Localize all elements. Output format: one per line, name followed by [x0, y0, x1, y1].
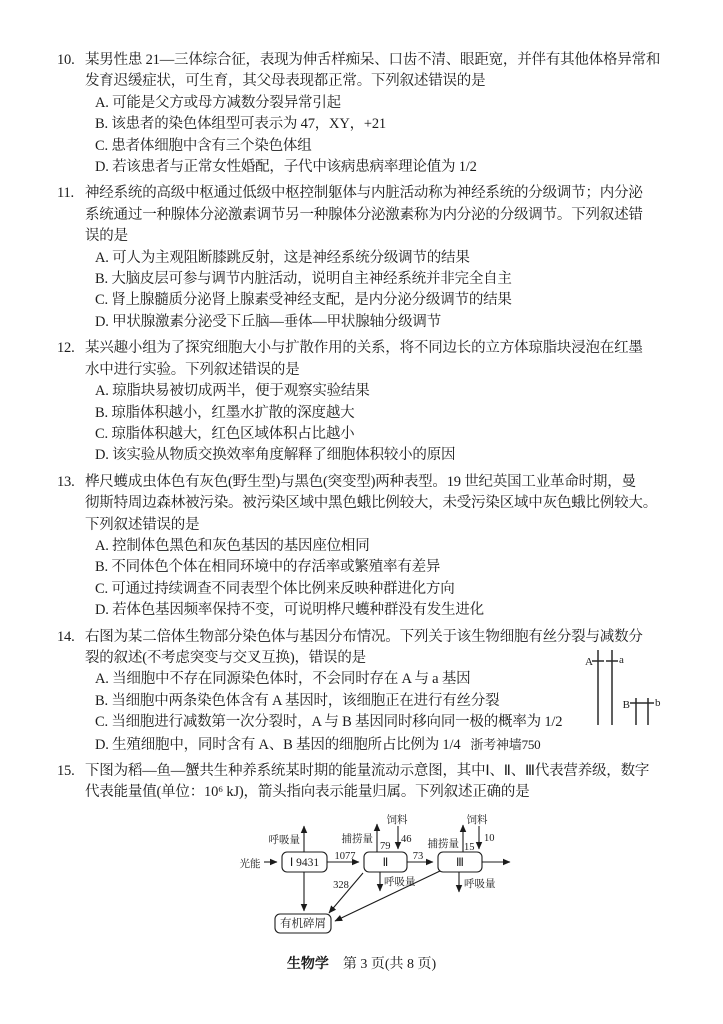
allele-label-b: b	[655, 697, 661, 709]
option-b: B. 大脑皮层可参与调节内脏活动，说明自主神经系统并非完全自主	[57, 269, 675, 290]
option-d: D. 生殖细胞中，同时含有 A、B 基因的细胞所占比例为 1/4浙考神墙750	[57, 734, 675, 756]
stem-text: 神经系统的高级中枢通过低级中枢控制躯体与内脏活动称为神经系统的分级调节；内分泌	[85, 185, 643, 201]
harvest-3-value: 15	[464, 842, 475, 853]
option-a: A. 控制体色黑色和灰色基因的基因座位相同	[57, 536, 675, 557]
harvest-3-label: 捕捞量	[428, 837, 460, 850]
stem-line: 水中进行实验。下列叙述错误的是	[57, 360, 675, 381]
node-1-label: Ⅰ 9431	[290, 857, 320, 869]
option-d: D. 若体色基因频率保持不变，可说明桦尺蠖种群没有发生进化	[57, 600, 675, 621]
stem-line: 12.某兴趣小组为了探究细胞大小与扩散作用的关系，将不同边长的立方体琼脂块浸泡在…	[57, 338, 675, 359]
option-b: B. 琼脂体积越小，红墨水扩散的深度越大	[57, 403, 675, 424]
question-15: 15.下图为稻—鱼—蟹共生种养系统某时期的能量流动示意图，其中Ⅰ、Ⅱ、Ⅲ代表营养…	[57, 761, 675, 804]
node-2-label: Ⅱ	[383, 857, 389, 869]
harvest-2-label: 捕捞量	[342, 832, 374, 845]
stem-line: 误的是	[57, 226, 675, 247]
stem-line: 10.某男性患 21—三体综合征，表现为伸舌样痴呆、口齿不清、眼距宽，并伴有其他…	[57, 50, 675, 71]
exam-page: 10.某男性患 21—三体综合征，表现为伸舌样痴呆、口齿不清、眼距宽，并伴有其他…	[0, 0, 723, 1024]
chromosome-figure: A a B b	[578, 646, 668, 731]
watermark: 浙考神墙750	[470, 737, 540, 752]
question-number: 11.	[57, 183, 85, 204]
footer-page-info: 第 3 页(共 8 页)	[343, 957, 436, 972]
stem-line: 13.桦尺蠖成虫体色有灰色(野生型)与黑色(突变型)两种表型。19 世纪英国工业…	[57, 472, 675, 493]
footer-subject: 生物学	[287, 957, 329, 972]
light-energy-label: 光能	[240, 857, 261, 870]
page-footer: 生物学第 3 页(共 8 页)	[0, 953, 723, 973]
respiration-3-label: 呼吸量	[464, 878, 496, 890]
stem-line: 15.下图为稻—鱼—蟹共生种养系统某时期的能量流动示意图，其中Ⅰ、Ⅱ、Ⅲ代表营养…	[57, 761, 675, 782]
allele-label-A: A	[585, 656, 593, 668]
stem-line: 11.神经系统的高级中枢通过低级中枢控制躯体与内脏活动称为神经系统的分级调节；内…	[57, 183, 675, 204]
question-number: 12.	[57, 338, 85, 359]
flow-2-3-value: 73	[413, 851, 424, 862]
stem-line: 下列叙述错误的是	[57, 515, 675, 536]
feed-2-value: 46	[401, 834, 412, 845]
option-c: C. 患者体细胞中含有三个染色体组	[57, 136, 675, 157]
stem-text: 某男性患 21—三体综合征，表现为伸舌样痴呆、口齿不清、眼距宽，并伴有其他体格异…	[85, 52, 660, 68]
option-d: D. 若该患者与正常女性婚配，子代中该病患病率理论值为 1/2	[57, 157, 675, 178]
harvest-2-value: 79	[380, 841, 391, 852]
respiration-1-label: 呼吸量	[269, 834, 301, 846]
option-c: C. 琼脂体积越大，红色区域体积占比越小	[57, 424, 675, 445]
option-d: D. 该实验从物质交换效率角度解释了细胞体积较小的原因	[57, 445, 675, 466]
stem-text: 某兴趣小组为了探究细胞大小与扩散作用的关系，将不同边长的立方体琼脂块浸泡在红墨	[85, 340, 643, 356]
debris-flow-2-value: 328	[333, 880, 349, 891]
stem-line: 代表能量值(单位：10⁶ kJ)，箭头指向表示能量归属。下列叙述正确的是	[57, 782, 675, 803]
option-d: D. 甲状腺激素分泌受下丘脑—垂体—甲状腺轴分级调节	[57, 312, 675, 333]
debris-label: 有机碎屑	[280, 916, 326, 930]
stem-text: 下图为稻—鱼—蟹共生种养系统某时期的能量流动示意图，其中Ⅰ、Ⅱ、Ⅲ代表营养级，数…	[85, 763, 649, 779]
option-c: C. 可通过持续调查不同表型个体比例来反映种群进化方向	[57, 579, 675, 600]
energy-flow-diagram: 光能 Ⅰ 9431 Ⅱ Ⅲ 有机碎屑 呼吸量 捕捞量 79 饲料 46 捕捞量 …	[160, 810, 520, 955]
respiration-2-label: 呼吸量	[384, 876, 416, 888]
stem-line: 14.右图为某二倍体生物部分染色体与基因分布情况。下列关于该生物细胞有丝分裂与减…	[57, 627, 675, 648]
chromosome-svg: A a B b	[578, 646, 668, 731]
stem-line: 彻斯特周边森林被污染。被污染区域中黑色蛾比例较大，未受污染区域中灰色蛾比例较大。	[57, 493, 675, 514]
allele-label-B: B	[623, 699, 630, 711]
stem-text: 桦尺蠖成虫体色有灰色(野生型)与黑色(突变型)两种表型。19 世纪英国工业革命时…	[85, 474, 636, 490]
option-d-text: D. 生殖细胞中，同时含有 A、B 基因的细胞所占比例为 1/4	[95, 737, 460, 753]
option-a: A. 可人为主观阻断膝跳反射，这是神经系统分级调节的结果	[57, 248, 675, 269]
arrow-2-to-debris	[329, 873, 363, 913]
flow-1-2-value: 1077	[335, 851, 356, 862]
option-c: C. 肾上腺髓质分泌肾上腺素受神经支配，是内分泌分级调节的结果	[57, 290, 675, 311]
node-3-label: Ⅲ	[456, 857, 464, 869]
question-number: 14.	[57, 627, 85, 648]
question-12: 12.某兴趣小组为了探究细胞大小与扩散作用的关系，将不同边长的立方体琼脂块浸泡在…	[57, 338, 675, 466]
question-number: 15.	[57, 761, 85, 782]
question-13: 13.桦尺蠖成虫体色有灰色(野生型)与黑色(突变型)两种表型。19 世纪英国工业…	[57, 472, 675, 622]
allele-label-a: a	[619, 654, 624, 666]
stem-line: 发育迟缓症状，可生育，其父母表现都正常。下列叙述错误的是	[57, 71, 675, 92]
option-a: A. 可能是父方或母方减数分裂异常引起	[57, 93, 675, 114]
feed-2-label: 饲料	[387, 813, 408, 826]
option-b: B. 不同体色个体在相同环境中的存活率或繁殖率有差异	[57, 557, 675, 578]
question-10: 10.某男性患 21—三体综合征，表现为伸舌样痴呆、口齿不清、眼距宽，并伴有其他…	[57, 50, 675, 178]
stem-line: 系统通过一种腺体分泌激素调节另一种腺体分泌激素称为内分泌的分级调节。下列叙述错	[57, 205, 675, 226]
feed-3-value: 10	[484, 833, 495, 844]
energy-flow-svg: 光能 Ⅰ 9431 Ⅱ Ⅲ 有机碎屑 呼吸量 捕捞量 79 饲料 46 捕捞量 …	[160, 810, 520, 955]
stem-text: 右图为某二倍体生物部分染色体与基因分布情况。下列关于该生物细胞有丝分裂与减数分	[85, 629, 643, 645]
question-11: 11.神经系统的高级中枢通过低级中枢控制躯体与内脏活动称为神经系统的分级调节；内…	[57, 183, 675, 333]
option-b: B. 该患者的染色体组型可表示为 47，XY，+21	[57, 114, 675, 135]
feed-3-label: 饲料	[467, 813, 488, 826]
question-number: 10.	[57, 50, 85, 71]
option-a: A. 琼脂块易被切成两半，便于观察实验结果	[57, 381, 675, 402]
question-number: 13.	[57, 472, 85, 493]
